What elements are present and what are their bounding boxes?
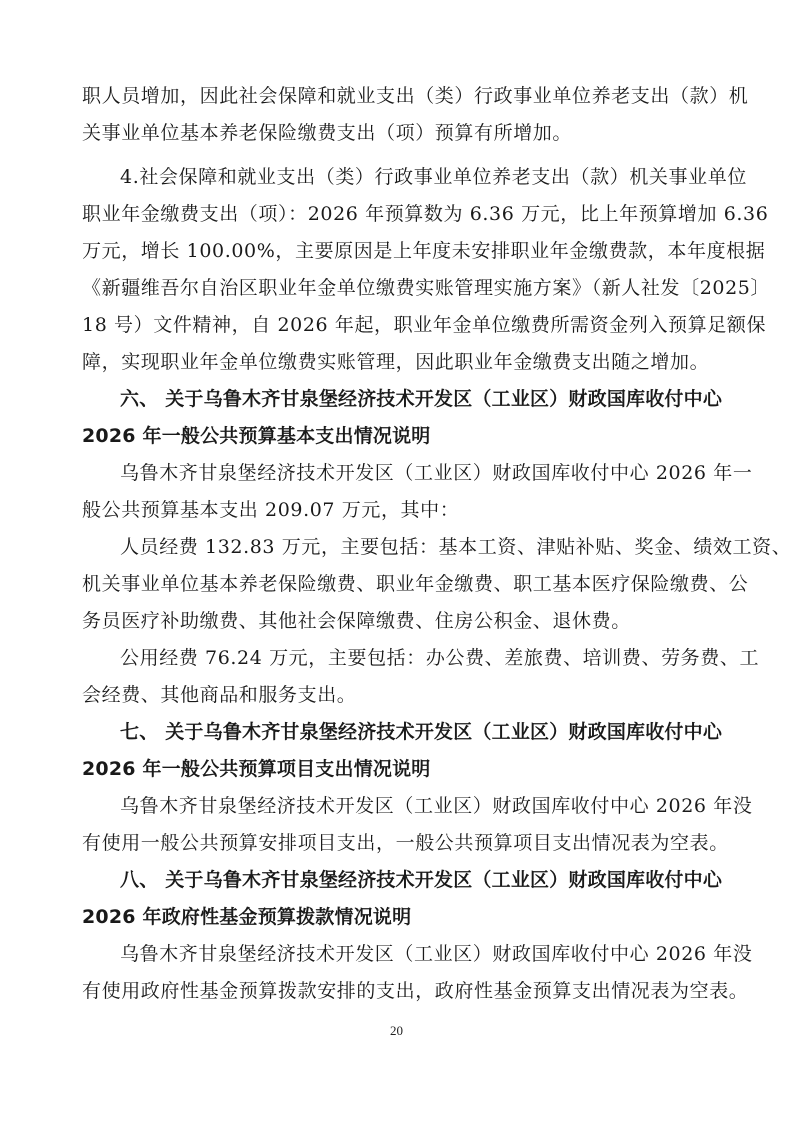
section-heading-seven: 七、 关于乌鲁木齐甘泉堡经济技术开发区（工业区）财政国库收付中心	[120, 720, 716, 744]
paragraph-line: 万元，增长 100.00%，主要原因是上年度未安排职业年金缴费款，本年度根据	[82, 239, 716, 263]
paragraph-line: 关事业单位基本养老保险缴费支出（项）预算有所增加。	[82, 121, 716, 145]
paragraph-line: 有使用一般公共预算安排项目支出，一般公共预算项目支出情况表为空表。	[82, 831, 716, 855]
paragraph-line: 务员医疗补助缴费、其他社会保障缴费、住房公积金、退休费。	[82, 609, 716, 633]
section-heading-six: 六、 关于乌鲁木齐甘泉堡经济技术开发区（工业区）财政国库收付中心	[120, 387, 716, 411]
paragraph-line: 4.社会保障和就业支出（类）行政事业单位养老支出（款）机关事业单位	[120, 165, 716, 189]
section-heading-eight: 八、 关于乌鲁木齐甘泉堡经济技术开发区（工业区）财政国库收付中心	[120, 868, 716, 892]
paragraph-line: 《新疆维吾尔自治区职业年金单位缴费实账管理实施方案》（新人社发〔2025〕	[82, 276, 716, 300]
paragraph-line: 乌鲁木齐甘泉堡经济技术开发区（工业区）财政国库收付中心 2026 年没	[120, 942, 716, 966]
page-number: 20	[0, 1023, 793, 1039]
paragraph-line: 般公共预算基本支出 209.07 万元，其中：	[82, 498, 716, 522]
paragraph-line: 障，实现职业年金单位缴费实账管理，因此职业年金缴费支出随之增加。	[82, 350, 716, 374]
paragraph-line: 公用经费 76.24 万元，主要包括：办公费、差旅费、培训费、劳务费、工	[120, 646, 716, 670]
paragraph-line: 职人员增加，因此社会保障和就业支出（类）行政事业单位养老支出（款）机	[82, 84, 716, 108]
paragraph-line: 乌鲁木齐甘泉堡经济技术开发区（工业区）财政国库收付中心 2026 年一	[120, 461, 716, 485]
section-heading-eight-cont: 2026 年政府性基金预算拨款情况说明	[82, 905, 716, 929]
section-heading-seven-cont: 2026 年一般公共预算项目支出情况说明	[82, 757, 716, 781]
paragraph-line: 会经费、其他商品和服务支出。	[82, 683, 716, 707]
section-heading-six-cont: 2026 年一般公共预算基本支出情况说明	[82, 424, 716, 448]
paragraph-line: 有使用政府性基金预算拨款安排的支出，政府性基金预算支出情况表为空表。	[82, 979, 716, 1003]
document-page: 职人员增加，因此社会保障和就业支出（类）行政事业单位养老支出（款）机 关事业单位…	[0, 0, 793, 1122]
paragraph-line: 人员经费 132.83 万元，主要包括：基本工资、津贴补贴、奖金、绩效工资、	[120, 535, 716, 559]
paragraph-line: 机关事业单位基本养老保险缴费、职业年金缴费、职工基本医疗保险缴费、公	[82, 572, 716, 596]
paragraph-line: 职业年金缴费支出（项）：2026 年预算数为 6.36 万元，比上年预算增加 6…	[82, 202, 716, 226]
paragraph-line: 乌鲁木齐甘泉堡经济技术开发区（工业区）财政国库收付中心 2026 年没	[120, 794, 716, 818]
paragraph-line: 18 号）文件精神，自 2026 年起，职业年金单位缴费所需资金列入预算足额保	[82, 313, 716, 337]
